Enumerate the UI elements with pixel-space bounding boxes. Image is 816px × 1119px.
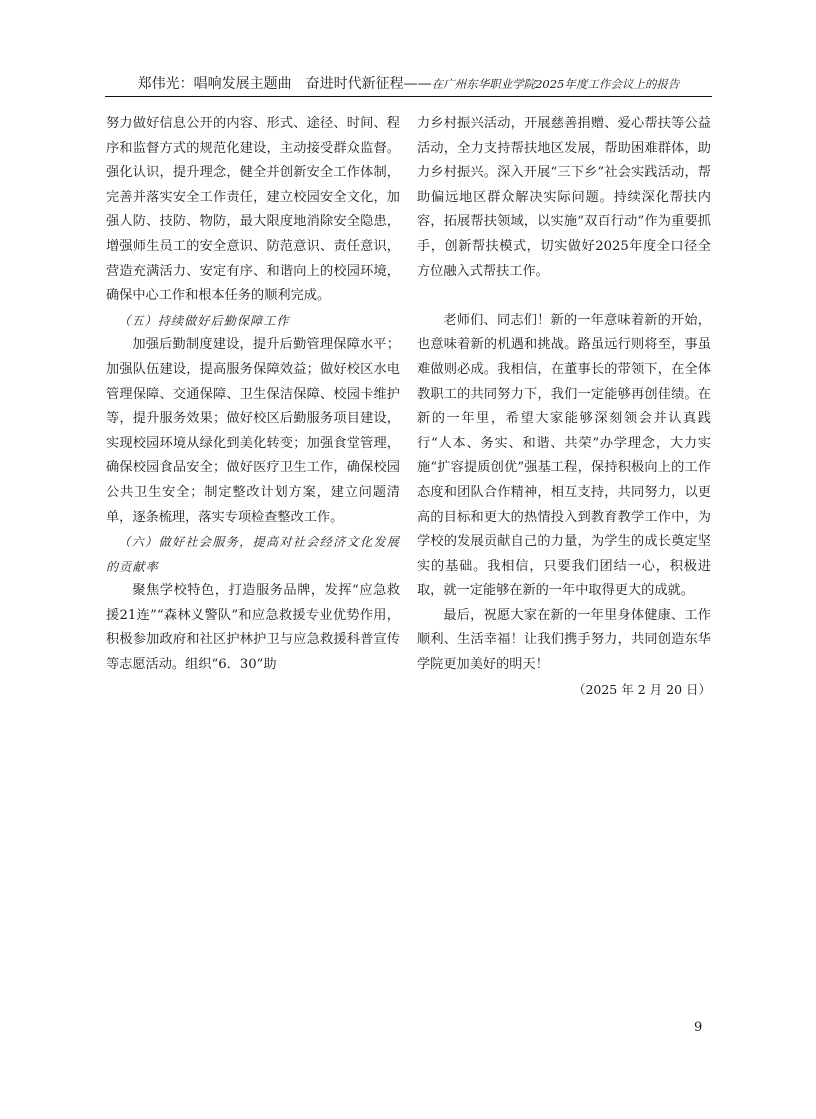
paragraph: 加强后勤制度建设，提升后勤管理保障水平；加强队伍建设，提高服务保障效益；做好校区… xyxy=(106,333,400,530)
header-title: 郑伟光：唱响发展主题曲 奋进时代新征程—— xyxy=(138,76,432,92)
header-subtitle: 在广州东华职业学院2025年度工作会议上的报告 xyxy=(432,77,680,91)
header-rule xyxy=(105,96,712,97)
running-header: 郑伟光：唱响发展主题曲 奋进时代新征程——在广州东华职业学院2025年度工作会议… xyxy=(105,74,712,96)
page-number: 9 xyxy=(694,1020,702,1035)
spacer xyxy=(417,284,711,309)
paragraph: 努力做好信息公开的内容、形式、途径、时间、程序和监督方式的规范化建设，主动接受群… xyxy=(106,112,400,309)
date-line: （2025 年 2 月 20 日） xyxy=(417,678,711,703)
left-column: 努力做好信息公开的内容、形式、途径、时间、程序和监督方式的规范化建设，主动接受群… xyxy=(106,112,400,678)
paragraph: 老师们、同志们！新的一年意味着新的开始，也意味着新的机遇和挑战。路虽远行则将至，… xyxy=(417,309,711,604)
paragraph: 聚焦学校特色，打造服务品牌，发挥“应急救援21连”“森林义警队”和应急救援专业优… xyxy=(106,579,400,677)
section-heading: （六）做好社会服务，提高对社会经济文化发展的贡献率 xyxy=(106,530,400,579)
section-heading: （五）持续做好后勤保障工作 xyxy=(106,309,400,334)
right-column: 力乡村振兴活动，开展慈善捐赠、爱心帮扶等公益活动，全力支持帮扶地区发展，帮助困难… xyxy=(417,112,711,702)
paragraph: 最后，祝愿大家在新的一年里身体健康、工作顺利、生活幸福！让我们携手努力，共同创造… xyxy=(417,604,711,678)
paragraph: 力乡村振兴活动，开展慈善捐赠、爱心帮扶等公益活动，全力支持帮扶地区发展，帮助困难… xyxy=(417,112,711,284)
